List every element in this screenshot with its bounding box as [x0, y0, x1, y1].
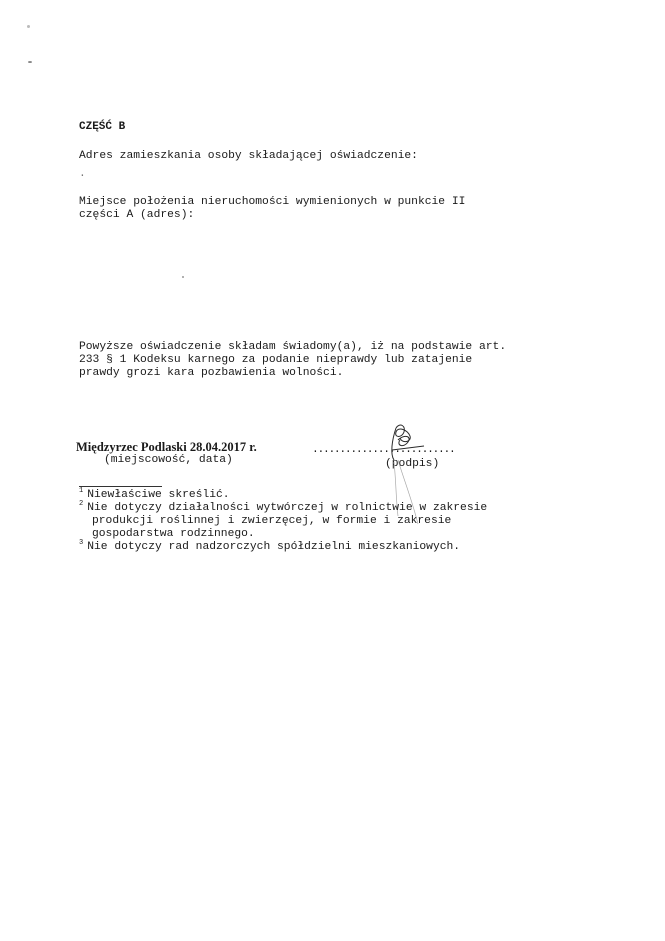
footnote-2-line3: gospodarstwa rodzinnego. [92, 528, 255, 541]
footnote-separator [79, 486, 162, 487]
place-date: Międzyrzec Podlaski 28.04.2017 r. [76, 440, 257, 455]
declaration-line1: Powyższe oświadczenie składam świadomy(a… [79, 341, 506, 354]
scan-speck [182, 276, 184, 278]
property-label-line1: Miejsce położenia nieruchomości wymienio… [79, 196, 465, 209]
footnote-2: 2Nie dotyczy działalności wytwórczej w r… [79, 502, 487, 515]
footnote-1: 1Niewłaściwe skreślić. [79, 489, 230, 502]
footnote-3: 3Nie dotyczy rad nadzorczych spółdzielni… [79, 541, 460, 554]
residence-value: . [79, 168, 86, 181]
residence-label: Adres zamieszkania osoby składającej ośw… [79, 150, 418, 163]
section-heading: CZĘŚĆ B [79, 121, 125, 133]
declaration-line2: 233 § 1 Kodeksu karnego za podanie niepr… [79, 354, 472, 367]
declaration-line3: prawdy grozi kara pozbawienia wolności. [79, 367, 343, 380]
property-label-line2: części A (adres): [79, 209, 194, 222]
scan-speck [27, 25, 30, 28]
scan-speck [28, 61, 32, 63]
footnote-2-line2: produkcji roślinnej i zwierzęcej, w form… [92, 515, 451, 528]
place-date-caption: (miejscowość, data) [104, 454, 233, 467]
